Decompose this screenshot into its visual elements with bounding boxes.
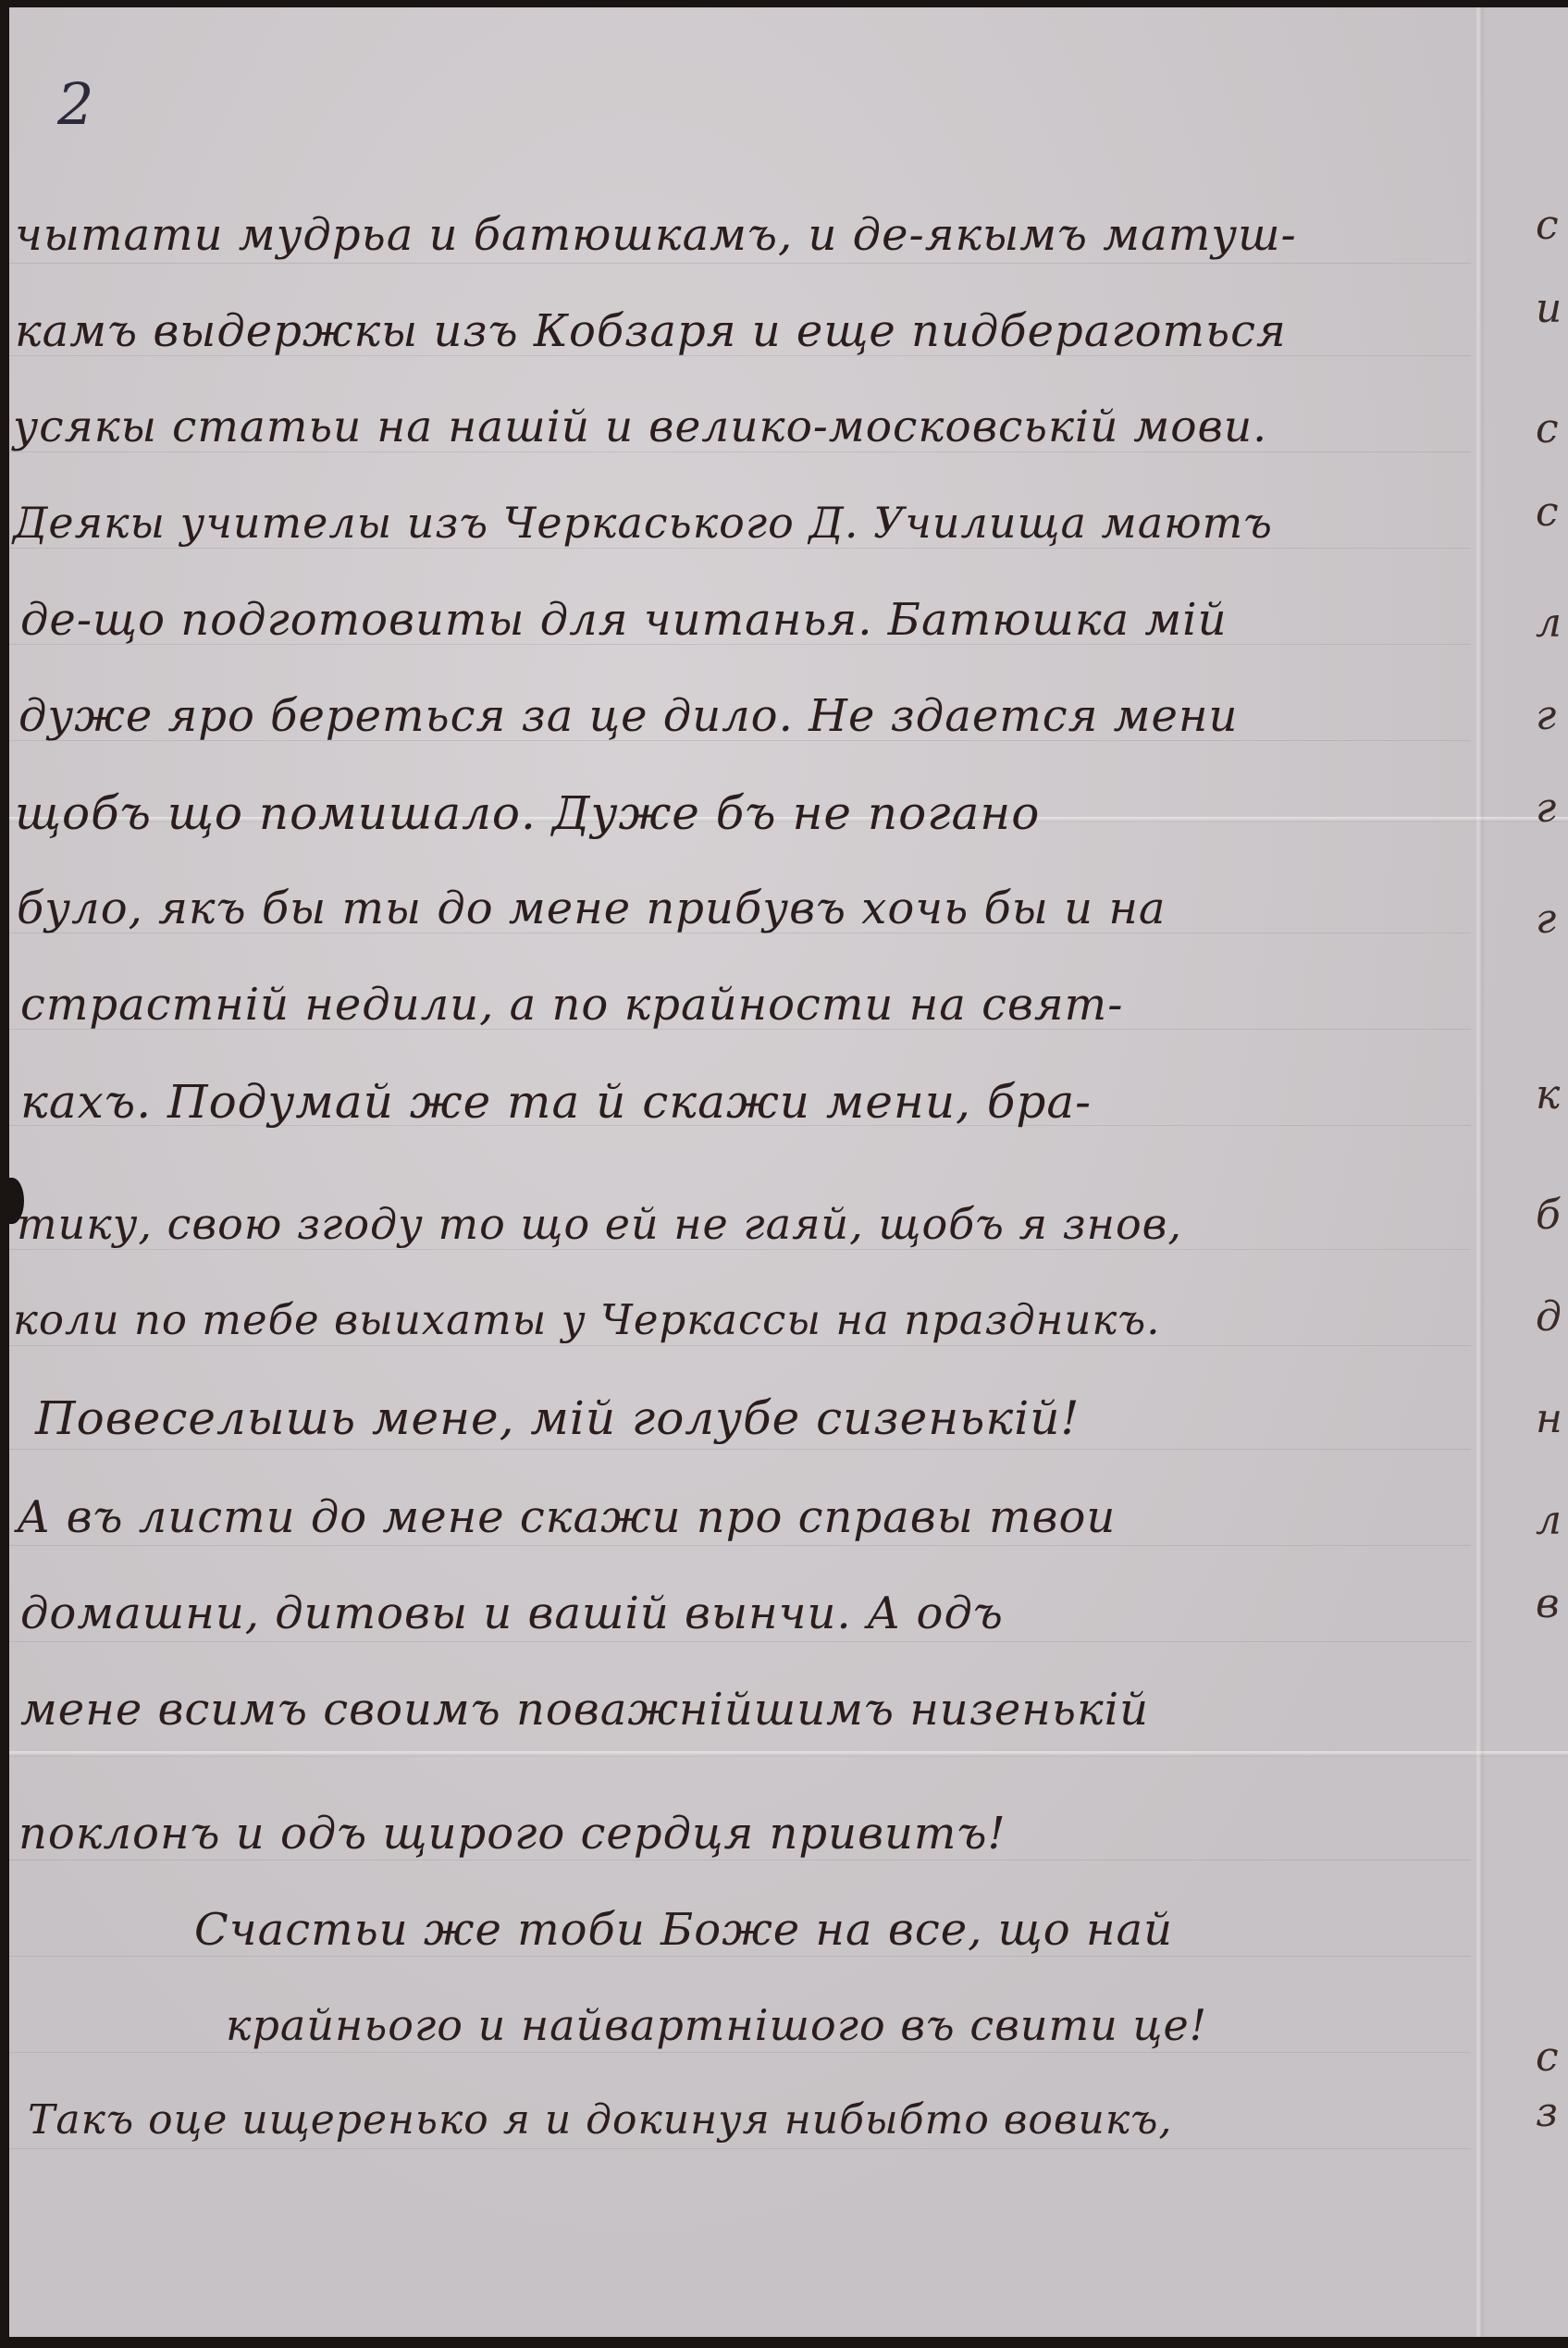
text-line: А въ листи до мене скажи про справы твои bbox=[17, 1491, 1116, 1543]
ruled-line bbox=[9, 1641, 1471, 1642]
page-number: 2 bbox=[57, 70, 93, 138]
text-line: тику, свою згоду то що ей не гаяй, щобъ … bbox=[17, 1199, 1182, 1249]
text-line: Деякы учителы изъ Черкаського Д. Училища… bbox=[13, 498, 1273, 548]
text-line: коли по тебе выихаты у Черкассы на празд… bbox=[13, 1295, 1161, 1344]
text-line: Счастьи же тоби Боже на все, що най bbox=[194, 1904, 1173, 1956]
margin-fragment: б bbox=[1536, 1192, 1561, 1239]
ruled-line bbox=[9, 1449, 1471, 1450]
margin-fragment: с bbox=[1536, 202, 1559, 249]
margin-fragment: з bbox=[1536, 2089, 1558, 2136]
text-line: дуже яро береться за це дило. Не здается… bbox=[19, 690, 1238, 742]
text-line: домашни, дитовы и вашій вынчи. А одъ bbox=[20, 1588, 1004, 1639]
text-line: де-що подготовиты для читанья. Батюшка м… bbox=[20, 594, 1227, 646]
text-line: мене всимъ своимъ поважнійшимъ низенькій bbox=[20, 1684, 1149, 1736]
text-line: Повеселышь мене, мій голубе сизенькій! bbox=[35, 1391, 1080, 1445]
margin-fragment: н bbox=[1536, 1395, 1562, 1442]
ruled-line bbox=[9, 1345, 1471, 1346]
margin-fragment: с bbox=[1536, 2033, 1559, 2081]
text-line: було, якъ бы ты до мене прибувъ хочь бы … bbox=[17, 883, 1167, 934]
text-line: чытати мудрьа и батюшкамъ, и де-якымъ ма… bbox=[15, 209, 1297, 261]
margin-fragment: в bbox=[1536, 1580, 1560, 1627]
text-line: усякы статьи на нашій и велико-московськ… bbox=[13, 402, 1267, 452]
text-line: страстній недили, а по крайности на свят… bbox=[20, 979, 1123, 1031]
text-line: щобъ що помишало. Дуже бъ не погано bbox=[15, 786, 1040, 840]
margin-fragment: г bbox=[1536, 896, 1556, 943]
text-line: кахъ. Подумай же та й скажи мени, бра- bbox=[20, 1075, 1092, 1129]
margin-fragment: д bbox=[1536, 1293, 1562, 1341]
text-line: Такъ оце ищеренько я и докинуя нибыбто в… bbox=[28, 2096, 1172, 2144]
margin-fragment: г bbox=[1536, 692, 1556, 739]
text-line: крайнього и найвартнішого въ свити це! bbox=[226, 2000, 1207, 2050]
margin-fragment: л bbox=[1536, 1497, 1562, 1544]
fold-crease bbox=[9, 1751, 1568, 1757]
ruled-line bbox=[9, 2052, 1471, 2053]
ruled-line bbox=[9, 263, 1471, 264]
margin-fragment: с bbox=[1536, 488, 1559, 536]
margin-fragment: и bbox=[1536, 285, 1562, 332]
ruled-line bbox=[9, 548, 1471, 549]
margin-fragment: с bbox=[1536, 405, 1559, 452]
ruled-line bbox=[9, 1545, 1471, 1546]
ruled-line bbox=[9, 1956, 1471, 1957]
ruled-line bbox=[9, 2148, 1471, 2149]
margin-fragment: л bbox=[1536, 599, 1562, 647]
text-line: поклонъ и одъ щирого сердця привитъ! bbox=[19, 1808, 1006, 1860]
margin-fragment: г bbox=[1536, 785, 1556, 832]
margin-fragment: к bbox=[1536, 1071, 1560, 1118]
letter-page: 2 чытати мудрьа и батюшкамъ, и де-якымъ … bbox=[9, 7, 1568, 2337]
ruled-line bbox=[9, 1249, 1471, 1250]
ruled-line bbox=[9, 1860, 1471, 1860]
text-line: камъ выдержкы изъ Кобзаря и еще пидбераг… bbox=[15, 305, 1287, 357]
